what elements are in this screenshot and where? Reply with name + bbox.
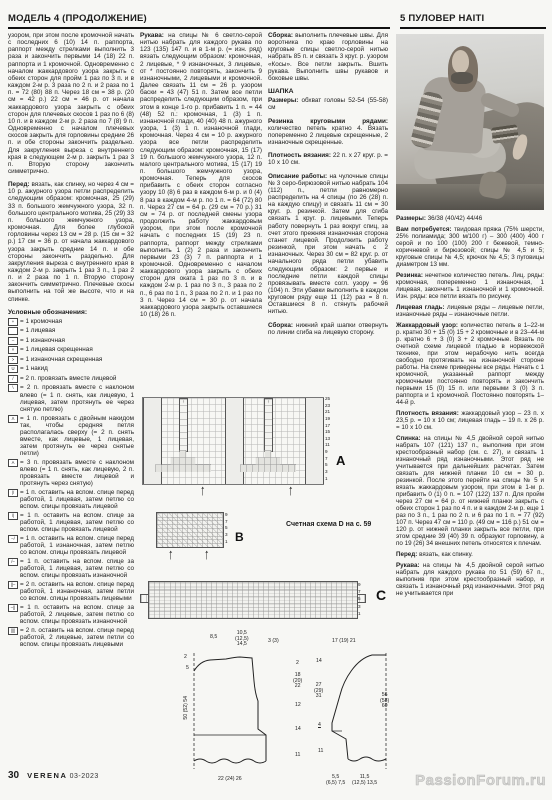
chart-c-label: C (376, 587, 386, 603)
column-2: Рукава: на спицы № 6 светло-серой нитью … (140, 32, 262, 392)
model-photo (396, 34, 544, 210)
magazine-name: VERENA (27, 771, 67, 780)
front-text: вязать, как спинку, но через 4 см = 10 р… (8, 181, 134, 303)
chart-a-row-numbers: 25 23 21 19 17 15 13 11 9 7 5 3 1 (325, 396, 330, 482)
stitch-symbol-icon: |||| (8, 627, 18, 635)
pullover-stockinette: Лицевая гладь: лицевые ряды – лицевые пе… (396, 304, 544, 318)
measure-label: 2 (184, 655, 187, 661)
column-3: Сборка: выполнить плечевые швы. Для воро… (268, 32, 388, 392)
legend-item: |/= 1 п. оставить на вспом. спице перед … (8, 489, 134, 510)
back-instructions-continued: узором, при этом после кромочной начать … (8, 32, 134, 175)
charts-region: ↑ ↑ 25 23 21 19 17 15 13 11 9 7 5 3 1 A … (140, 395, 392, 790)
legend-item: A= 3 п. провязать вместе с наклоном влев… (8, 459, 134, 488)
pullover-gauge: Плотность вязания: жаккардовый узор – 23… (396, 410, 544, 431)
column-4: Размеры: 36/38 (40/42) 44/46 Вам потребу… (396, 34, 544, 790)
measure-label: 2 (296, 661, 299, 667)
pullover-back: Спинка: на спицы № 4,5 двойной серой нит… (396, 435, 544, 547)
stitch-symbol-icon: U (8, 365, 18, 373)
stitch-symbol-icon: Λ (8, 415, 18, 423)
pullover-front: Перед: вязать, как спинку. (396, 551, 544, 558)
stitch-symbol-icon: × (8, 346, 18, 354)
assembly-lead: Сборка: (268, 32, 293, 39)
legend-item: ||||= 2 п. оставить на вспом. спице пере… (8, 627, 134, 648)
stitch-symbol-icon: + (8, 318, 18, 326)
section-title-model4: МОДЕЛЬ 4 (ПРОДОЛЖЕНИЕ) (8, 13, 390, 29)
front-instructions: Перед: вязать, как спинку, но через 4 см… (8, 181, 134, 303)
hat-sizes: Размеры: обхват головы 52-54 (55-58) см (268, 97, 388, 111)
repeat-arrow-icon: ↑ (168, 547, 174, 563)
legend-item: /–= 1 п. оставить на вспом. спице за раб… (8, 558, 134, 579)
front-lead: Перед: (8, 181, 30, 188)
chart-motif-pyramid (240, 450, 296, 472)
legend-item: += 1 кромочная (8, 318, 134, 326)
legend-item: –= 1 изнаночная (8, 337, 134, 345)
photo-scarf (451, 72, 473, 84)
photo-ground (396, 184, 544, 210)
page-number: 30 (8, 770, 19, 781)
measure-label: 22 (24) 26 (218, 777, 242, 783)
measure-label: 8,5 (210, 635, 217, 641)
stitch-symbol-icon: / (8, 375, 18, 383)
measure-label: 12 (295, 703, 301, 709)
repeat-arrow-icon: ↑ (204, 547, 210, 563)
sleeves-text: на спицы № 6 светло-серой нитью набрать … (140, 32, 262, 318)
measure-label: 3 (3) (268, 639, 279, 645)
stitch-symbol-icon: \ (8, 384, 18, 392)
sleeves-lead: Рукава: (140, 32, 164, 39)
page-footer: 30VERENA 03-2023 (8, 770, 99, 781)
repeat-arrow-icon: ↑ (200, 483, 206, 499)
legend-item: >= 1 изнаночная скрещенная (8, 356, 134, 364)
section-title-pullover-haiti: 5 ПУЛОВЕР HAITI (400, 13, 546, 29)
chart-c-row-numbers: 9 7 5 3 1 (358, 581, 361, 617)
measure-label: 56 (58) 60 (380, 693, 389, 710)
measure-label: 5 (186, 666, 189, 672)
pullover-sleeves: Рукава: на спицы № 4,5 двойной серой нит… (396, 562, 544, 597)
pullover-sizes: Размеры: 36/38 (40/42) 44/46 (396, 215, 544, 222)
measure-label: 27 (29) 31 (314, 683, 323, 700)
measure-label: 10,5 (12,5) 14,5 (235, 631, 249, 648)
stitch-symbol-icon: |/ (8, 489, 18, 497)
hat-assembly: Сборка: нижний край шапки отвернуть по л… (268, 322, 388, 336)
hat-working-instructions: Описание работы: на чулочные спицы № 3 с… (268, 173, 388, 316)
legend-item: \= 2 п. провязать вместе с наклоном влев… (8, 384, 134, 413)
chart-motif-stem: ↑ (264, 398, 273, 452)
photo-head (452, 50, 469, 73)
sleeves-instructions: Рукава: на спицы № 6 светло-серой нитью … (140, 32, 262, 318)
knitting-chart-a: ↑ ↑ (142, 397, 324, 485)
measure-label: 5,5 (6,5) 7,5 (326, 775, 345, 786)
chart-rib-band (305, 398, 324, 484)
assembly-text: выполнить плечевые швы. Для воротника по… (268, 32, 388, 82)
sleeve-piece-outline (312, 651, 392, 773)
stitch-symbol-icon: ||– (8, 581, 18, 589)
repeat-arrow-icon: ↑ (288, 483, 294, 499)
legend-title: Условные обозначения: (8, 309, 134, 316)
measure-label: 11,5 (12,5) 13,5 (352, 775, 377, 786)
watermark: PassionForum.ru (415, 772, 546, 789)
stitch-symbol-icon: –|| (8, 604, 18, 612)
legend-item: \|= 1 п. оставить на вспом. спице за раб… (8, 512, 134, 533)
legend-item: –||= 1 п. оставить на вспом. спице за ра… (8, 604, 134, 625)
chart-motif-pyramid (155, 450, 211, 472)
chart-b-row-numbers: 9 7 5 3 1 (225, 512, 228, 546)
knitting-chart-b (156, 512, 224, 548)
legend-item: = 1 лицевая (8, 327, 134, 335)
measure-label: 18 (20) 22 (293, 673, 302, 690)
stitch-symbol-icon: > (8, 356, 18, 364)
hat-gauge: Плотность вязания: 22 п. х 27 круг. р. =… (268, 152, 388, 166)
measure-label: 11 (318, 749, 323, 755)
legend-item: /= 2 п. провязать вместе лицевой (8, 375, 134, 383)
chart-motif-stem: ↑ (179, 398, 188, 452)
stitch-symbol-icon: –/ (8, 535, 18, 543)
stitch-symbol-icon (8, 327, 18, 335)
magazine-page: МОДЕЛЬ 4 (ПРОДОЛЖЕНИЕ) 5 ПУЛОВЕР HAITI у… (0, 0, 552, 800)
measure-label: 14 (295, 727, 301, 733)
knitting-chart-c (148, 581, 358, 619)
legend-item: U= 1 накид (8, 365, 134, 373)
pullover-rib: Резинка: нечетное количество петель. Лиц… (396, 272, 544, 300)
hat-section-title: ШАПКА (268, 88, 388, 95)
measure-label: 17 (19) 21 (332, 639, 356, 645)
stitch-symbol-icon: A (8, 459, 18, 467)
stitch-symbol-icon: \| (8, 512, 18, 520)
chart-d-reference-caption: Счетная схема D на с. 59 (286, 521, 392, 528)
measure-label: 4 (318, 723, 321, 729)
measure-label: 50 (52) 54 (184, 693, 190, 723)
assembly-instructions: Сборка: выполнить плечевые швы. Для воро… (268, 32, 388, 82)
measure-label: 14 (316, 659, 322, 665)
legend-item: –/= 1 п. оставить на вспом. спице перед … (8, 535, 134, 556)
legend-item: ||–= 2 п. оставить на вспом. спице перед… (8, 581, 134, 602)
stitch-symbol-icon: – (8, 337, 18, 345)
legend-item: Λ= 1 п. провязать с двойным накидом так,… (8, 415, 134, 458)
stitch-symbol-icon: /– (8, 558, 18, 566)
body-piece-outline (192, 651, 294, 773)
column-1: узором, при этом после кромочной начать … (8, 32, 134, 764)
legend-item: ×= 1 лицевая скрещенная (8, 346, 134, 354)
chart-a-label: A (336, 453, 345, 468)
measure-label: 11 (295, 753, 300, 759)
pullover-materials: Вам потребуется: твидовая пряжа (75% шер… (396, 226, 544, 268)
pullover-jacquard: Жаккардовый узор: количество петель в 1–… (396, 322, 544, 406)
issue-number: 03-2023 (70, 773, 99, 780)
chart-b-label: B (235, 530, 244, 544)
hat-rib-pattern: Резинка круговыми рядами: количество пет… (268, 118, 388, 147)
pattern-schematics: 8,5 10,5 (12,5) 14,5 3 (3) 2 5 50 (52) 5… (180, 635, 395, 787)
